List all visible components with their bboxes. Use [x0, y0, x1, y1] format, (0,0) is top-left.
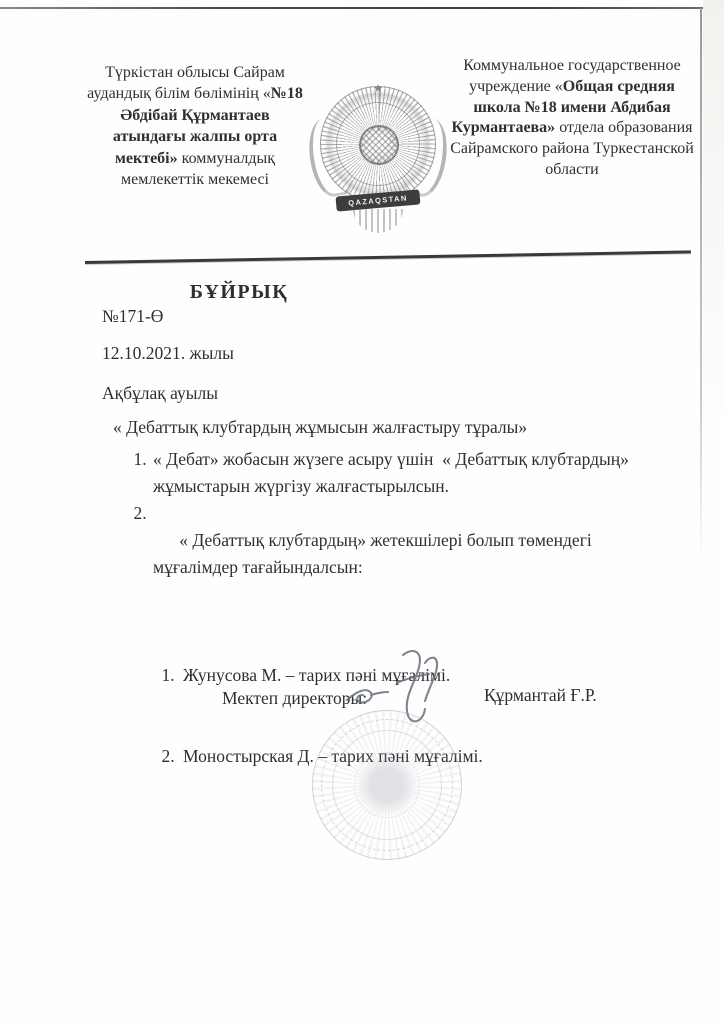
org-name-kazakh: Түркістан облысы Сайрам аудандық білім б…	[86, 62, 304, 191]
scan-edge-right	[700, 8, 702, 563]
kazakhstan-emblem-icon: ★ QAZAQSTAN	[317, 86, 439, 238]
order-subject: « Дебаттық клубтардың жұмысын жалғастыру…	[113, 417, 527, 438]
order-number: №171-Ө	[102, 306, 163, 327]
order-place: Ақбұлақ ауылы	[102, 383, 218, 404]
emblem-shanyrak-icon	[359, 125, 399, 165]
scanned-order-document: Түркістан облысы Сайрам аудандық білім б…	[0, 0, 724, 1024]
org-name-kazakh-pre: Түркістан облысы Сайрам аудандық білім б…	[87, 64, 285, 102]
signatory-name: Құрмантай Ғ.Р.	[484, 685, 597, 706]
order-title: БҰЙРЫҚ	[103, 281, 375, 304]
header-divider	[85, 250, 691, 263]
org-name-russian: Коммунальное государственное учреждение …	[450, 56, 694, 181]
scan-edge-right-shade	[703, 0, 724, 430]
order-date: 12.10.2021. жылы	[102, 343, 234, 364]
scan-edge-top	[0, 7, 707, 9]
emblem-tassel	[353, 209, 403, 233]
order-item-2-text: « Дебаттық клубтардың» жетекшілері болып…	[153, 530, 596, 577]
order-item-1: « Дебат» жобасын жүзеге асыру үшін « Деб…	[151, 446, 667, 500]
round-stamp	[302, 700, 471, 869]
